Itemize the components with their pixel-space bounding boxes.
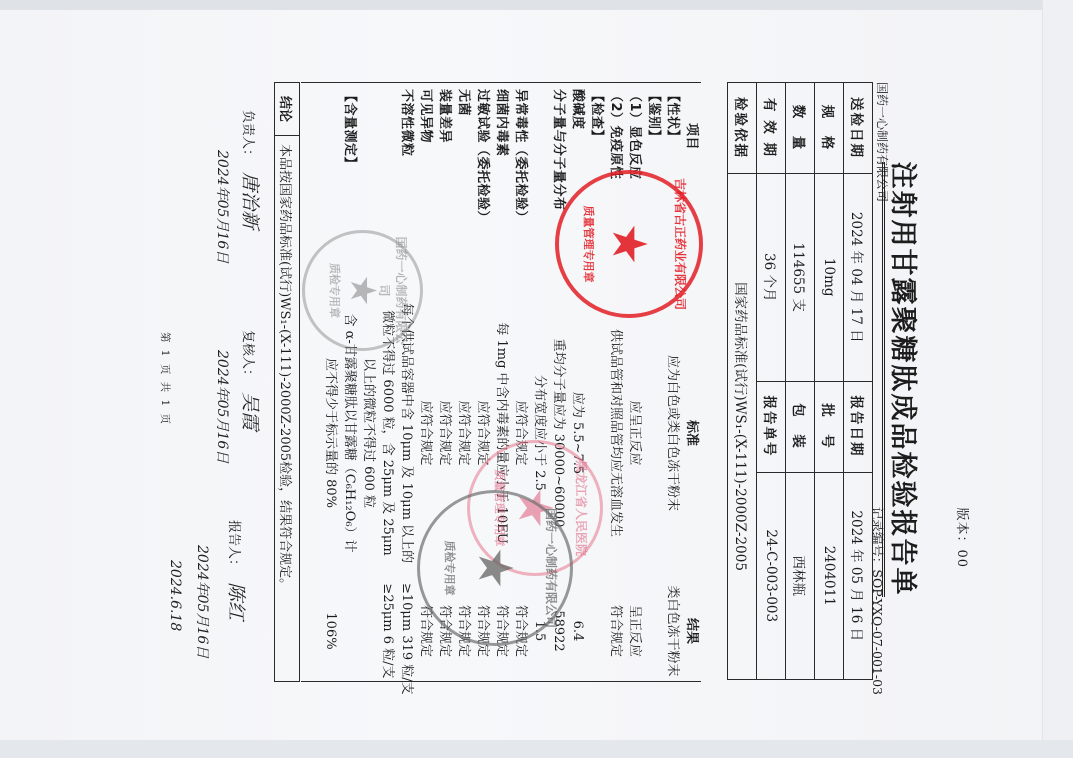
submit-date-value: 2024 年 04 月 17 日 xyxy=(844,174,873,382)
report-date-label: 报告日期 xyxy=(844,381,873,472)
item-name: 异常毒性（委托检验） xyxy=(511,89,530,224)
item-result: 类白色冻干粉末 xyxy=(663,583,682,679)
basis-value: 国家药品标准(试行)WS₁-(X-111)-2000Z-2005 xyxy=(728,174,757,680)
item-result: 106% xyxy=(321,583,340,679)
responsible-date: 2024年05月16日 xyxy=(213,150,233,263)
gray-stamp-arc-text: 国药一心制药有限公司 xyxy=(543,493,560,643)
inspection-report-page: 版本：00 注射用甘露聚糖肽成品检验报告单 国药一心制药有限公司 记录编号：SO… xyxy=(0,0,1073,758)
expiry-label: 有 效 期 xyxy=(757,83,786,174)
red-stamp-arc-text: 吉林省古正药业有限公司 xyxy=(672,174,689,314)
items-header-standard: 标准 xyxy=(682,283,701,583)
company-name: 国药一心制药有限公司 xyxy=(874,82,891,202)
reporter-date: 2024年05月16日 xyxy=(193,545,213,658)
expiry-value: 36 个月 xyxy=(757,174,786,382)
item-name: 装量差异 xyxy=(435,89,454,143)
item-result: 呈正反应 xyxy=(625,583,644,679)
reviewer-signature: 复核人：吴霞 xyxy=(238,330,265,430)
item-name: （1）显色反应 xyxy=(625,89,644,180)
responsible-signature: 负责人：唐治新 xyxy=(238,110,265,229)
table-row: 【含量测定】含 α-甘露聚糖肽以甘露糖（C₆H₁₂O₆）计 xyxy=(340,83,359,681)
item-name: 【性状】 xyxy=(663,89,682,143)
star-icon: ★ xyxy=(471,546,519,589)
item-result: ≥10μm 319 粒/支 xyxy=(397,583,416,679)
gray-qc-stamp: 国药一心制药有限公司 ★ 质检专用章 xyxy=(417,490,573,646)
gray-stamp-inner-text: 质检专用章 xyxy=(327,233,343,348)
item-name: 【鉴别】 xyxy=(644,89,663,143)
item-name: 不溶性微粒 xyxy=(397,89,416,157)
spec-label: 规 格 xyxy=(815,83,844,174)
star-icon: ★ xyxy=(605,222,653,265)
submit-date-label: 送检日期 xyxy=(844,83,873,174)
item-name: 无菌 xyxy=(454,89,473,116)
item-name: 分子量与分子量分布 xyxy=(549,89,568,211)
basis-label: 检验依据 xyxy=(728,83,757,174)
package-value: 西林瓶 xyxy=(786,472,815,680)
gray-stamp-arc-text: 国药一心制药有限公司 xyxy=(376,233,410,348)
table-row: 有 效 期 36 个月 报告单号 24-C-003-003 xyxy=(757,83,786,680)
item-result: 符合规定 xyxy=(606,583,625,679)
package-label: 包 装 xyxy=(786,381,815,472)
reporter-signature: 报告人：陈红 xyxy=(224,520,251,620)
quantity-value: 114655 支 xyxy=(786,174,815,382)
conclusion-row: 结论 本品按国家药品标准(试行)WS₁-(X-111)-2000Z-2005检验… xyxy=(274,82,300,682)
batch-label: 批 号 xyxy=(815,381,844,472)
table-row: 不溶性微粒每个供试品容器中含 10μm 及 10μm 以上的≥10μm 319 … xyxy=(397,83,416,681)
table-row: 送检日期 2024 年 04 月 17 日 报告日期 2024 年 05 月 1… xyxy=(844,83,873,680)
table-row: 检验依据 国家药品标准(试行)WS₁-(X-111)-2000Z-2005 xyxy=(728,83,757,680)
responsible-label: 负责人： xyxy=(240,110,255,162)
item-name: 【含量测定】 xyxy=(340,89,359,170)
report-date-value: 2024 年 05 月 16 日 xyxy=(844,472,873,680)
table-row: 应不得少于标示量的 80%106% xyxy=(321,83,340,681)
table-row: 以上的微粒不得过 600 粒 xyxy=(359,83,378,681)
item-name: （2）免疫原性 xyxy=(606,89,625,180)
quantity-label: 数 量 xyxy=(786,83,815,174)
conclusion-text: 本品按国家药品标准(试行)WS₁-(X-111)-2000Z-2005检验，结果… xyxy=(278,136,297,591)
responsible-signature-text: 唐治新 xyxy=(239,172,261,229)
item-name: 酸碱度 xyxy=(568,89,587,130)
item-name: 细菌内毒素 xyxy=(492,89,511,157)
gray-qc-stamp-secondary: 国药一心制药有限公司 ★ 质检专用章 xyxy=(302,230,423,351)
item-result: 6.4 xyxy=(568,583,587,679)
reporter-label: 报告人： xyxy=(226,520,241,572)
batch-value: 2404011 xyxy=(815,472,844,680)
item-name: 【检查】 xyxy=(587,89,606,143)
report-title-text: 注射用甘露聚糖肽成品检验报告单 xyxy=(882,162,918,597)
item-result: ≥25μm 6 粒/支 xyxy=(378,583,397,679)
items-header-item: 项目 xyxy=(682,123,701,150)
item-name: 可见异物 xyxy=(416,89,435,143)
pink-stamp-arc-text: 黑龙江省人民医院 xyxy=(573,443,590,573)
item-standard: 应呈正反应 xyxy=(625,283,644,583)
table-row: 微粒不得过 6000 粒，含 25μm 及 25μm≥25μm 6 粒/支 xyxy=(378,83,397,681)
red-company-stamp: 吉林省古正药业有限公司 ★ 质量管理专用章 xyxy=(555,170,703,318)
conclusion-label: 结论 xyxy=(275,83,299,136)
report-title: 注射用甘露聚糖肽成品检验报告单 xyxy=(886,0,925,758)
table-row: 酸碱度应为 5.5~7.56.4 xyxy=(568,83,587,681)
item-standard: 应为白色或类白色冻干粉末 xyxy=(663,283,682,583)
items-header-result: 结果 xyxy=(682,583,701,679)
report-no-value: 24-C-003-003 xyxy=(757,472,786,680)
reviewer-signature-text: 吴霞 xyxy=(239,392,261,430)
reporter-signature-text: 陈红 xyxy=(225,582,247,620)
red-stamp-inner-text: 质量管理专用章 xyxy=(581,174,597,314)
table-row: 规 格 10mg 批 号 2404011 xyxy=(815,83,844,680)
items-header-row: 项目 标准 结果 xyxy=(682,83,701,681)
report-no-label: 报告单号 xyxy=(757,381,786,472)
spec-value: 10mg xyxy=(815,174,844,382)
page-footer: 第 1 页 共 1 页 xyxy=(158,0,173,758)
reviewer-label: 复核人： xyxy=(240,330,255,382)
item-name: 过敏试验（委托检验） xyxy=(473,89,492,224)
reviewer-date: 2024年05月16日 xyxy=(213,350,233,463)
version-label: 版本：00 xyxy=(954,507,973,568)
item-standard: 供试品管和对照品管均应无溶血发生 xyxy=(606,283,625,583)
gray-stamp-inner-text: 质检专用章 xyxy=(442,493,458,643)
table-row: 【性状】应为白色或类白色冻干粉末类白色冻干粉末 xyxy=(663,83,682,681)
table-row: 【检查】 xyxy=(587,83,606,681)
header-info-table: 送检日期 2024 年 04 月 17 日 报告日期 2024 年 05 月 1… xyxy=(727,82,873,680)
table-row: 数 量 114655 支 包 装 西林瓶 xyxy=(786,83,815,680)
